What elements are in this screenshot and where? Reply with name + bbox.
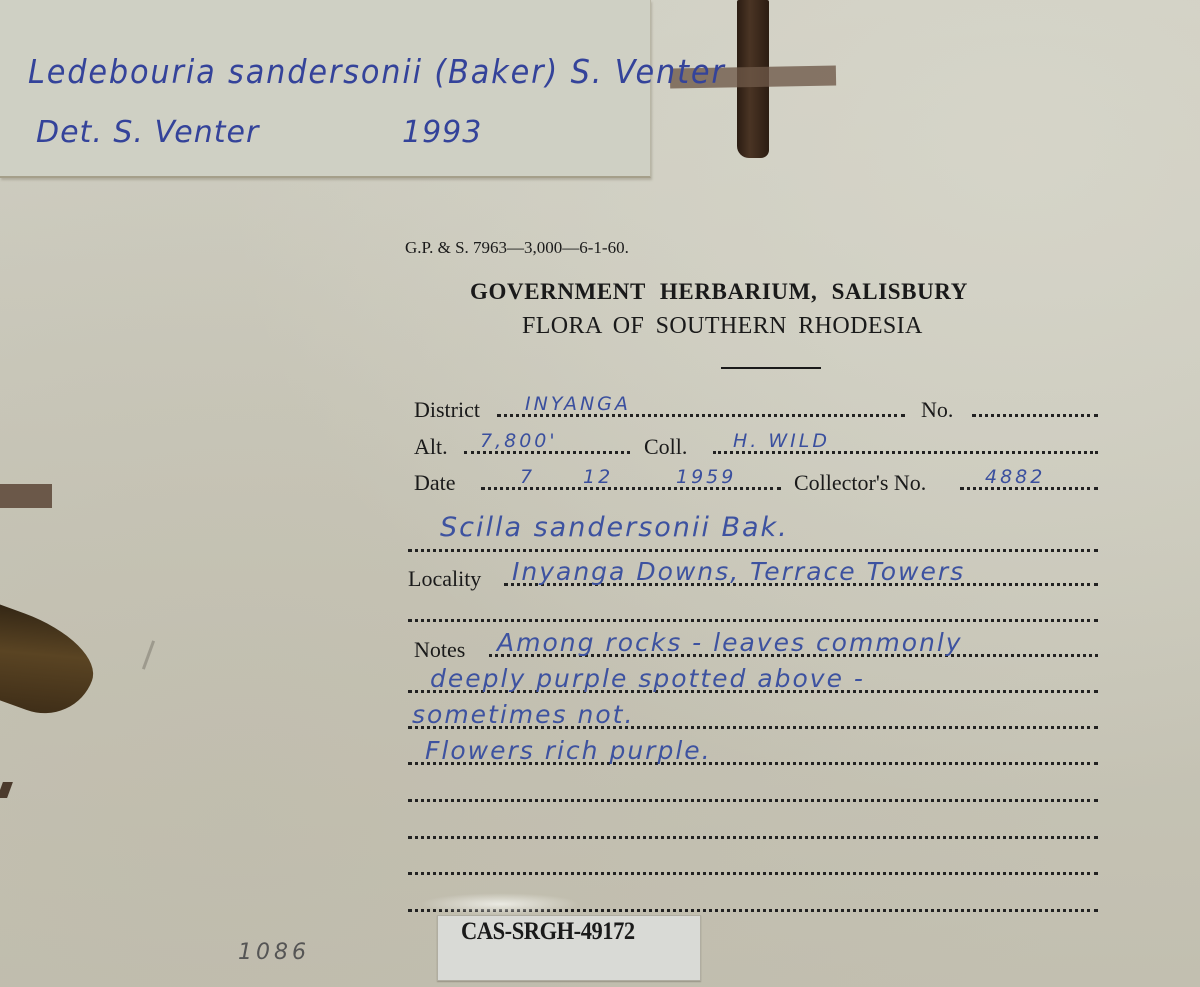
specimen-fragment: [0, 782, 13, 798]
locality-label: Locality: [408, 566, 481, 592]
blank-dotted-line-1: [408, 799, 1098, 802]
notes-line-2: deeply purple spotted above -: [430, 664, 865, 693]
notes-line-4: Flowers rich purple.: [425, 736, 712, 765]
no-label: No.: [921, 397, 953, 423]
specimen-leaf: [0, 590, 106, 728]
det-determiner: Det. S. Venter: [36, 115, 259, 150]
no-dotted-line: [972, 414, 1098, 417]
locality-value: Inyanga Downs, Terrace Towers: [512, 557, 965, 586]
locality-dotted-line-2: [408, 619, 1098, 622]
collectors-no-value: 4882: [985, 466, 1045, 488]
det-year: 1993: [402, 115, 482, 150]
blank-dotted-line-3: [408, 872, 1098, 875]
date-month: 12: [583, 466, 613, 488]
blank-dotted-line-2: [408, 836, 1098, 839]
tape-glare: [420, 893, 580, 915]
date-year: 1959: [676, 466, 736, 488]
notes-label: Notes: [414, 637, 465, 663]
district-value: INYANGA: [525, 393, 631, 415]
heading-rule: [721, 367, 821, 369]
catalog-number: CAS-SRGH-49172: [461, 918, 635, 946]
name-dotted-line: [408, 549, 1098, 552]
print-code: G.P. & S. 7963—3,000—6-1-60.: [405, 238, 629, 258]
flora-heading: FLORA OF SOUTHERN RHODESIA: [522, 313, 923, 340]
collectors-no-label: Collector's No.: [794, 470, 926, 496]
date-day: 7: [520, 466, 535, 488]
institution-heading: GOVERNMENT HERBARIUM, SALISBURY: [470, 279, 968, 305]
notes-line-3: sometimes not.: [412, 700, 634, 729]
notes-line-1: Among rocks - leaves commonly: [497, 628, 963, 657]
district-label: District: [414, 397, 480, 423]
date-label: Date: [414, 470, 456, 496]
coll-label: Coll.: [644, 434, 687, 460]
original-taxon-name: Scilla sandersonii Bak.: [440, 512, 789, 543]
alt-label: Alt.: [414, 434, 448, 460]
pencil-annotation: 1086: [238, 940, 310, 965]
det-taxon-name: Ledebouria sandersonii (Baker) S. Venter: [28, 52, 726, 91]
pencil-mark: [142, 640, 155, 669]
mounting-tape-strip-left: [0, 484, 52, 508]
coll-value: H. WILD: [733, 430, 830, 452]
alt-value: 7,800': [480, 430, 558, 452]
